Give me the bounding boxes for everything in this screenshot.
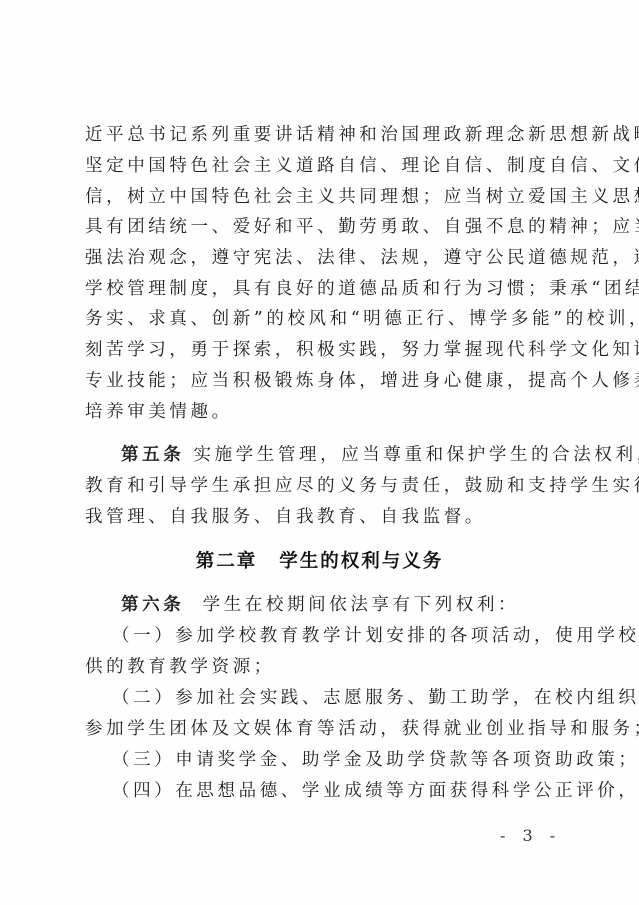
body-line: 培养审美情趣。 — [85, 401, 565, 423]
list-item-4: （四）在思想品德、学业成绩等方面获得科学公正评价，完 — [112, 780, 556, 802]
article-5-first-line: 第五条 实施学生管理，应当尊重和保护学生的合法权利， — [121, 444, 565, 466]
body-line: 学校管理制度，具有良好的道德品质和行为习惯；秉承“团结、 — [85, 278, 565, 300]
article-5-label: 第五条 — [121, 445, 184, 465]
document-page: 近平总书记系列重要讲话精神和治国理政新理念新思想新战略， 坚定中国特色社会主义道… — [0, 0, 639, 905]
body-line: 我管理、自我服务、自我教育、自我监督。 — [85, 506, 565, 528]
body-line: 具有团结统一、爱好和平、勤劳勇敢、自强不息的精神；应当增 — [85, 216, 565, 238]
chapter-number: 第二章 — [196, 551, 258, 572]
list-item-3: （三）申请奖学金、助学金及助学贷款等各项资助政策； — [112, 749, 556, 771]
body-line: 强法治观念，遵守宪法、法律、法规，遵守公民道德规范，遵守 — [85, 247, 565, 269]
body-line: 近平总书记系列重要讲话精神和治国理政新理念新思想新战略， — [85, 124, 565, 146]
page-number: - 3 - — [500, 826, 561, 845]
list-item-1-cont: 供的教育教学资源； — [85, 656, 565, 678]
article-6-text: 学生在校期间依法享有下列权利： — [203, 595, 520, 615]
list-item-1: （一）参加学校教育教学计划安排的各项活动，使用学校提 — [112, 625, 556, 647]
chapter-title: 学生的权利与义务 — [279, 551, 443, 572]
list-item-2-cont: 参加学生团体及文娱体育等活动，获得就业创业指导和服务； — [85, 718, 565, 740]
chapter-heading: 第二章学生的权利与义务 — [0, 551, 639, 573]
body-line: 务实、求真、创新”的校风和“明德正行、博学多能”的校训， — [85, 308, 565, 330]
list-item-2: （二）参加社会实践、志愿服务、勤工助学，在校内组织、 — [112, 687, 556, 709]
article-6-label: 第六条 — [121, 595, 184, 615]
body-line: 刻苦学习，勇于探索，积极实践，努力掌握现代科学文化知识和 — [85, 339, 565, 361]
body-line: 坚定中国特色社会主义道路自信、理论自信、制度自信、文化自 — [85, 155, 565, 177]
article-6-first-line: 第六条 学生在校期间依法享有下列权利： — [121, 594, 565, 616]
article-5-text: 实施学生管理，应当尊重和保护学生的合法权利， — [193, 445, 639, 465]
body-line: 信，树立中国特色社会主义共同理想；应当树立爱国主义思想， — [85, 186, 565, 208]
body-line: 教育和引导学生承担应尽的义务与责任，鼓励和支持学生实行自 — [85, 475, 565, 497]
body-line: 专业技能；应当积极锻炼身体，增进身心健康，提高个人修养， — [85, 370, 565, 392]
